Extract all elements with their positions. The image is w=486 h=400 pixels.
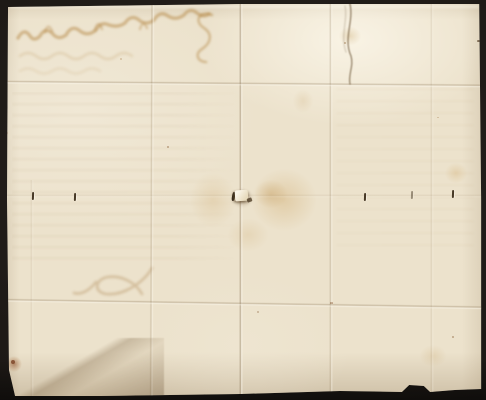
bleedthrough-heading-script — [18, 10, 209, 39]
seal-slit — [32, 192, 34, 200]
photograph-stage — [0, 0, 486, 400]
bleedthrough-text-line-2 — [20, 53, 132, 59]
fold-crease-vertical-right-faint — [430, 0, 434, 400]
bleedthrough-text-line-3 — [20, 69, 100, 74]
bleedthrough-heading-loops — [45, 24, 147, 32]
seal-slit — [411, 191, 413, 199]
fold-crease-vertical-3 — [329, 0, 333, 400]
bleedthrough-flourish — [198, 14, 212, 62]
fold-shadow-bottom-left — [4, 338, 164, 400]
seal-slit — [74, 193, 76, 201]
seal-slit — [452, 190, 454, 198]
seal-slit — [364, 193, 366, 201]
wavy-crease-top-right-echo — [344, 6, 346, 52]
bleedthrough-signature — [74, 268, 152, 294]
seal-hole — [228, 186, 256, 210]
letter-paper — [0, 0, 486, 400]
wavy-crease-top-right — [348, 4, 352, 84]
